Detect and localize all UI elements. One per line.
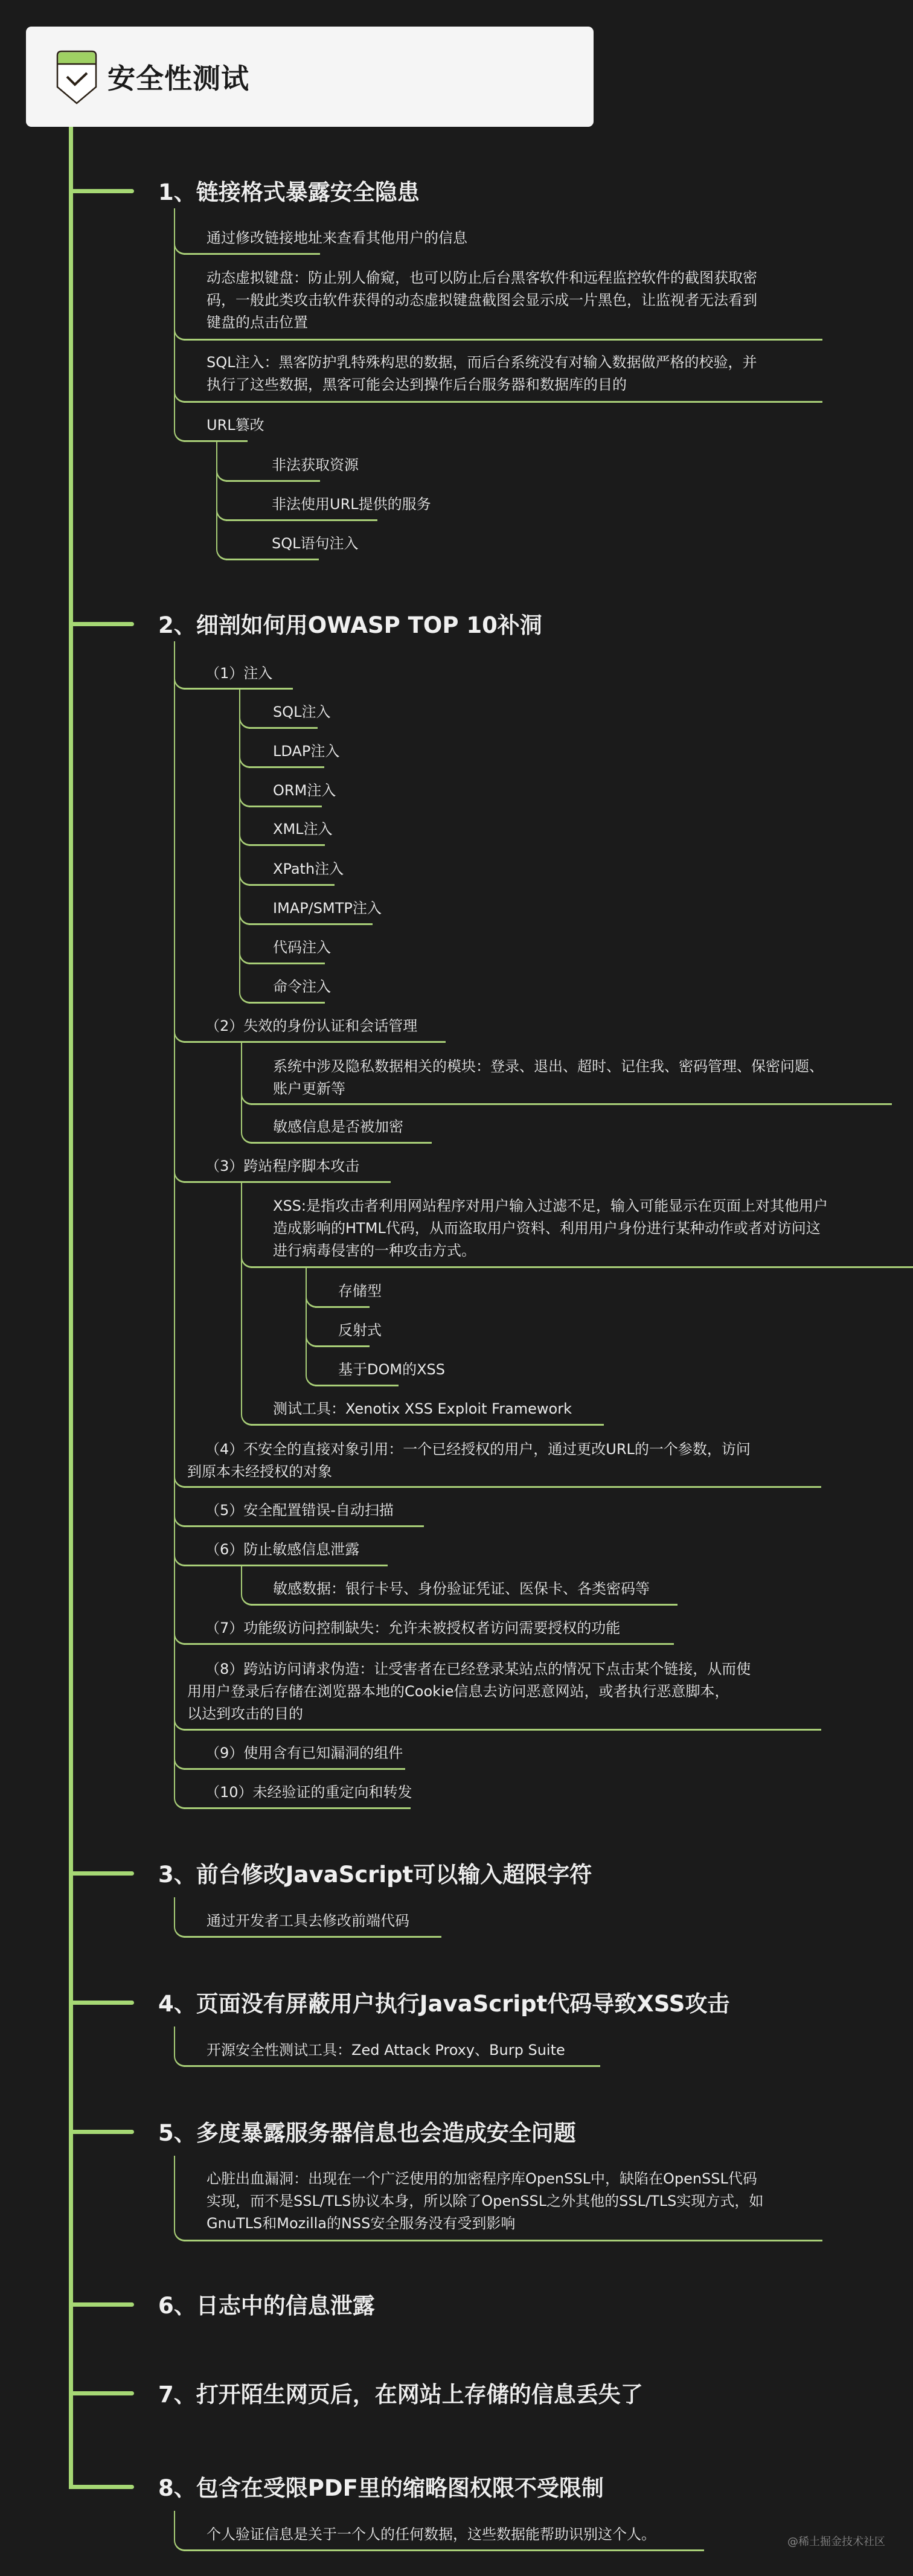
url-sub-2[interactable]: 非法使用URL提供的服务 bbox=[272, 493, 431, 516]
inj-ldap[interactable]: LDAP注入 bbox=[273, 740, 339, 763]
s3-item[interactable]: 通过开发者工具去修改前端代码 bbox=[207, 1909, 409, 1932]
s1-item-2-line-2: 码，一般此类攻击软件获得的动态虚拟键盘截图会显示成一片黑色，让监视者无法看到 bbox=[207, 289, 757, 312]
s1-item-url-tamper[interactable]: URL篡改 bbox=[207, 414, 264, 437]
auth-item-2[interactable]: 敏感信息是否被加密 bbox=[273, 1115, 403, 1138]
branch-8 bbox=[69, 2485, 134, 2489]
underline bbox=[249, 844, 325, 846]
xss-test-tool[interactable]: 测试工具：Xenotix XSS Exploit Framework bbox=[273, 1397, 572, 1420]
branch-1 bbox=[69, 189, 134, 193]
url-sub-3[interactable]: SQL语句注入 bbox=[272, 532, 359, 555]
underline bbox=[184, 1807, 411, 1809]
section-7-heading[interactable]: 7、打开陌生网页后，在网站上存储的信息丢失了 bbox=[158, 2376, 643, 2409]
underline bbox=[184, 339, 822, 341]
underline bbox=[315, 1385, 399, 1386]
inj-imap-smtp[interactable]: IMAP/SMTP注入 bbox=[273, 897, 382, 920]
inj-xml[interactable]: XML注入 bbox=[273, 818, 333, 841]
watermark: @稀土掘金技术社区 bbox=[787, 2533, 885, 2549]
inj-orm[interactable]: ORM注入 bbox=[273, 779, 336, 802]
s8-item[interactable]: 个人验证信息是关于一个人的任何数据，这些数据能帮助识别这个人。 bbox=[207, 2523, 656, 2546]
underline bbox=[184, 2549, 704, 2551]
section-2-heading[interactable]: 2、细剖如何用OWASP TOP 10补洞 bbox=[158, 607, 542, 639]
underline bbox=[184, 1643, 674, 1645]
auth-connector bbox=[241, 1043, 242, 1130]
xss-types-connector bbox=[306, 1268, 307, 1374]
section-4-heading[interactable]: 4、页面没有屏蔽用户执行JavaScript代码导致XSS攻击 bbox=[158, 1985, 729, 2018]
underline bbox=[184, 401, 822, 403]
auth-item-1-line-1[interactable]: 系统中涉及隐私数据相关的模块：登录、退出、超时、记住我、密码管理、保密问题、 bbox=[273, 1055, 824, 1078]
owasp-5[interactable]: （5）安全配置错误-自动扫描 bbox=[205, 1499, 394, 1522]
section-5-connector bbox=[174, 2156, 175, 2229]
owasp-6-connector bbox=[241, 1566, 242, 1593]
underline bbox=[184, 1729, 821, 1731]
underline bbox=[251, 1142, 432, 1144]
s1-item-1[interactable]: 通过修改链接地址来查看其他用户的信息 bbox=[207, 226, 467, 249]
owasp-4-line-1[interactable]: （4）不安全的直接对象引用：一个已经授权的用户，通过更改URL的一个参数，访问 bbox=[205, 1438, 751, 1461]
owasp-4-line-2: 到原本未经授权的对象 bbox=[187, 1460, 332, 1483]
underline bbox=[251, 1103, 892, 1105]
s1-item-3-line-1[interactable]: SQL注入：黑客防护乳特殊构思的数据，而后台系统没有对输入数据做严格的校验，并 bbox=[207, 351, 757, 374]
section-6-heading[interactable]: 6、日志中的信息泄露 bbox=[158, 2287, 375, 2320]
xss-def-line-2: 造成影响的HTML代码，从而盗取用户资料、利用用户身份进行某种动作或者对访问这 bbox=[273, 1217, 821, 1240]
underline bbox=[184, 1936, 441, 1938]
s5-item-line-2: 实现，而不是SSL/TLS协议本身，所以除了OpenSSL之外其他的SSL/TL… bbox=[207, 2190, 763, 2212]
underline bbox=[184, 1565, 388, 1566]
auth-item-1-line-2: 账户更新等 bbox=[273, 1077, 345, 1100]
url-tamper-connector bbox=[216, 442, 217, 548]
s1-item-3-line-2: 执行了这些数据，黑客可能会达到操作后台服务器和数据库的目的 bbox=[207, 373, 627, 396]
underline bbox=[184, 1768, 405, 1770]
underline bbox=[249, 1002, 325, 1004]
section-5-heading[interactable]: 5、多度暴露服务器信息也会造成安全问题 bbox=[158, 2115, 576, 2147]
underline bbox=[184, 1525, 424, 1527]
s4-item[interactable]: 开源安全性测试工具：Zed Attack Proxy、Burp Suite bbox=[207, 2039, 565, 2062]
section-8-heading[interactable]: 8、包含在受限PDF里的缩略图权限不受限制 bbox=[158, 2470, 604, 2502]
root-topic-title: 安全性测试 bbox=[107, 57, 249, 97]
underline bbox=[184, 1486, 821, 1488]
owasp-7[interactable]: （7）功能级访问控制缺失：允许未被授权者访问需要授权的功能 bbox=[205, 1616, 620, 1639]
underline bbox=[184, 688, 293, 690]
underline bbox=[315, 1306, 370, 1308]
xss-def-line-1[interactable]: XSS:是指攻击者利用网站程序对用户输入过滤不足，输入可能显示在页面上对其他用户 bbox=[273, 1194, 828, 1217]
underline bbox=[249, 766, 324, 768]
inj-sql[interactable]: SQL注入 bbox=[273, 700, 331, 723]
underline bbox=[184, 2065, 600, 2067]
section-3-heading[interactable]: 3、前台修改JavaScript可以输入超限字符 bbox=[158, 1856, 592, 1889]
s5-item-line-3: GnuTLS和Mozilla的NSS安全服务没有受到影响 bbox=[207, 2212, 515, 2235]
underline bbox=[251, 1424, 604, 1426]
url-sub-1[interactable]: 非法获取资源 bbox=[272, 453, 359, 476]
underline bbox=[315, 1345, 370, 1347]
underline bbox=[226, 559, 319, 560]
underline bbox=[184, 2240, 822, 2241]
owasp-8-line-1[interactable]: （8）跨站访问请求伪造：让受害者在已经登录某站点的情况下点击某个链接，从而使 bbox=[205, 1658, 751, 1680]
owasp-8-line-2: 用用户登录后存储在浏览器本地的Cookie信息去访问恶意网站，或者执行恶意脚本， bbox=[187, 1680, 729, 1703]
underline bbox=[226, 519, 377, 521]
branch-5 bbox=[69, 2130, 134, 2134]
underline bbox=[249, 923, 373, 925]
owasp-6-sensitive-data[interactable]: 敏感数据：银行卡号、身份验证凭证、医保卡、各类密码等 bbox=[273, 1577, 650, 1600]
owasp-10[interactable]: （10）未经验证的重定向和转发 bbox=[205, 1781, 412, 1804]
owasp-1-injection[interactable]: （1）注入 bbox=[205, 662, 272, 685]
xss-stored[interactable]: 存储型 bbox=[338, 1280, 382, 1302]
owasp-2-auth[interactable]: （2）失效的身份认证和会话管理 bbox=[205, 1014, 417, 1037]
xss-connector bbox=[241, 1183, 242, 1412]
branch-3 bbox=[69, 1871, 134, 1876]
inj-command[interactable]: 命令注入 bbox=[273, 975, 331, 998]
branch-7 bbox=[69, 2391, 134, 2395]
underline bbox=[184, 440, 248, 442]
s1-item-2-line-1[interactable]: 动态虚拟键盘：防止别人偷窥，也可以防止后台黑客软件和远程监控软件的截图获取密 bbox=[207, 266, 757, 289]
owasp-3-xss[interactable]: （3）跨站程序脚本攻击 bbox=[205, 1155, 359, 1177]
section-4-connector bbox=[174, 2027, 175, 2054]
underline bbox=[249, 963, 325, 964]
branch-4 bbox=[69, 2001, 134, 2005]
section-3-connector bbox=[174, 1897, 175, 1925]
underline bbox=[249, 884, 335, 886]
underline bbox=[251, 1604, 678, 1606]
underline bbox=[226, 480, 320, 482]
section-8-connector bbox=[174, 2511, 175, 2539]
owasp-9[interactable]: （9）使用含有已知漏洞的组件 bbox=[205, 1741, 403, 1764]
underline bbox=[184, 1041, 446, 1043]
underline bbox=[184, 253, 320, 255]
s1-item-2-line-3: 键盘的点击位置 bbox=[207, 311, 308, 334]
branch-2 bbox=[69, 622, 134, 626]
section-1-heading[interactable]: 1、链接格式暴露安全隐患 bbox=[158, 174, 420, 207]
underline bbox=[251, 1266, 913, 1268]
main-trunk-line bbox=[69, 127, 73, 2488]
branch-6 bbox=[69, 2302, 134, 2307]
owasp-6[interactable]: （6）防止敏感信息泄露 bbox=[205, 1538, 359, 1561]
root-topic-card[interactable]: 安全性测试 bbox=[26, 27, 594, 127]
xss-dom[interactable]: 基于DOM的XSS bbox=[338, 1358, 445, 1381]
inj-code[interactable]: 代码注入 bbox=[273, 936, 331, 959]
shield-check-icon bbox=[55, 50, 98, 105]
section-2-connector bbox=[174, 641, 175, 1796]
owasp-8-line-3: 以达到攻击的目的 bbox=[187, 1702, 303, 1725]
underline bbox=[249, 806, 322, 807]
xss-def-line-3: 进行病毒侵害的一种攻击方式。 bbox=[273, 1239, 476, 1262]
xss-reflected[interactable]: 反射式 bbox=[338, 1319, 382, 1342]
underline bbox=[249, 727, 318, 729]
s5-item-line-1[interactable]: 心脏出血漏洞：出现在一个广泛使用的加密程序库OpenSSL中，缺陷在OpenSS… bbox=[207, 2167, 757, 2190]
underline bbox=[184, 1181, 391, 1183]
inj-xpath[interactable]: XPath注入 bbox=[273, 857, 344, 880]
